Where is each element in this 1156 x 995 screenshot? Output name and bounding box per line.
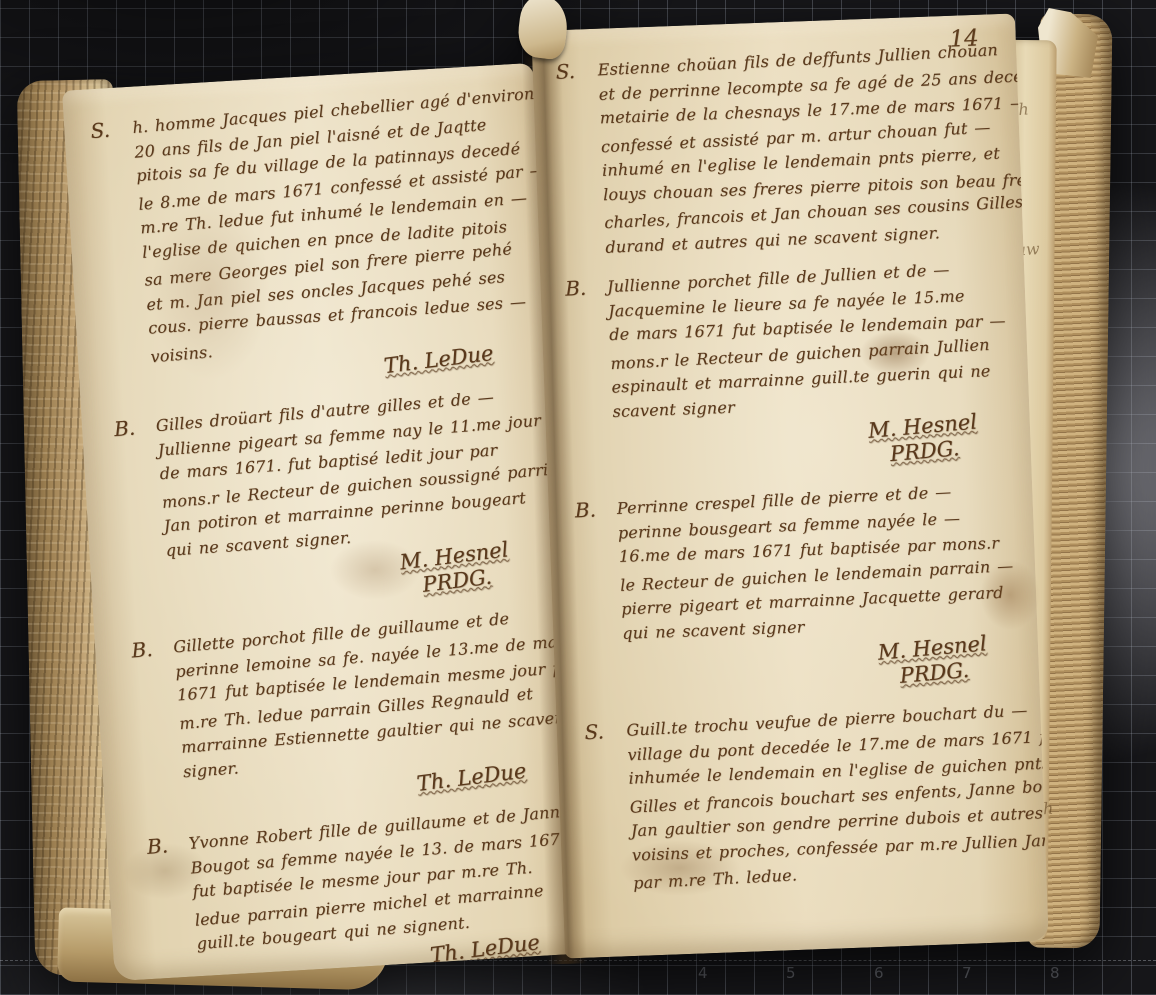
right-page-text: 14 S.Estienne choüan fils de deffunts Ju… bbox=[531, 13, 1049, 958]
register-entry: S.Guill.te trochu veufue de pierre bouch… bbox=[584, 699, 1041, 897]
register-entry: B.Gilles droüart fils d'autre gilles et … bbox=[113, 382, 556, 624]
open-register-book: thluwetledzburgh S.h. homme Jacques piel… bbox=[0, 0, 1156, 995]
entry-lines: h. homme Jacques piel chebellier agé d'e… bbox=[131, 84, 538, 399]
photo-of-parish-register: 45678 thluwetledzburgh S.h. homme Jacque… bbox=[0, 0, 1156, 995]
entry-lines: Yvonne Robert fille de guillaume et de J… bbox=[188, 799, 585, 981]
register-entry: B.Yvonne Robert fille de guillaume et de… bbox=[146, 799, 585, 981]
entry-lines: Gilles droüart fils d'autre gilles et de… bbox=[155, 382, 556, 621]
entry-lines: Jullienne porchet fille de Jullien et de… bbox=[607, 255, 1024, 482]
entry-lines: Estienne choüan fils de deffunts Jullien… bbox=[597, 38, 1014, 260]
signature: M. HesnelPRDG. bbox=[877, 631, 990, 690]
left-page: S.h. homme Jacques piel chebellier agé d… bbox=[62, 63, 586, 981]
left-page-text: S.h. homme Jacques piel chebellier agé d… bbox=[62, 63, 586, 981]
entry-lines: Gillette porchot fille de guillaume et d… bbox=[172, 603, 571, 817]
register-entry: B.Perrinne crespel fille de pierre et de… bbox=[574, 477, 1033, 705]
right-page: 14 S.Estienne choüan fils de deffunts Ju… bbox=[531, 13, 1049, 958]
register-entry: S.Estienne choüan fils de deffunts Julli… bbox=[555, 38, 1013, 261]
right-page-entries: S.Estienne choüan fils de deffunts Julli… bbox=[555, 38, 1041, 896]
signature: M. HesnelPRDG. bbox=[398, 537, 512, 600]
register-entry: B.Jullienne porchet fille de Jullien et … bbox=[565, 255, 1024, 483]
entry-lines: Guill.te trochu veufue de pierre bouchar… bbox=[626, 699, 1041, 895]
register-entry: S.h. homme Jacques piel chebellier agé d… bbox=[90, 84, 539, 403]
signature: M. HesnelPRDG. bbox=[867, 409, 980, 468]
entry-lines: Perrinne crespel fille de pierre et de —… bbox=[616, 477, 1033, 704]
register-entry: B.Gillette porchot fille de guillaume et… bbox=[130, 603, 571, 820]
